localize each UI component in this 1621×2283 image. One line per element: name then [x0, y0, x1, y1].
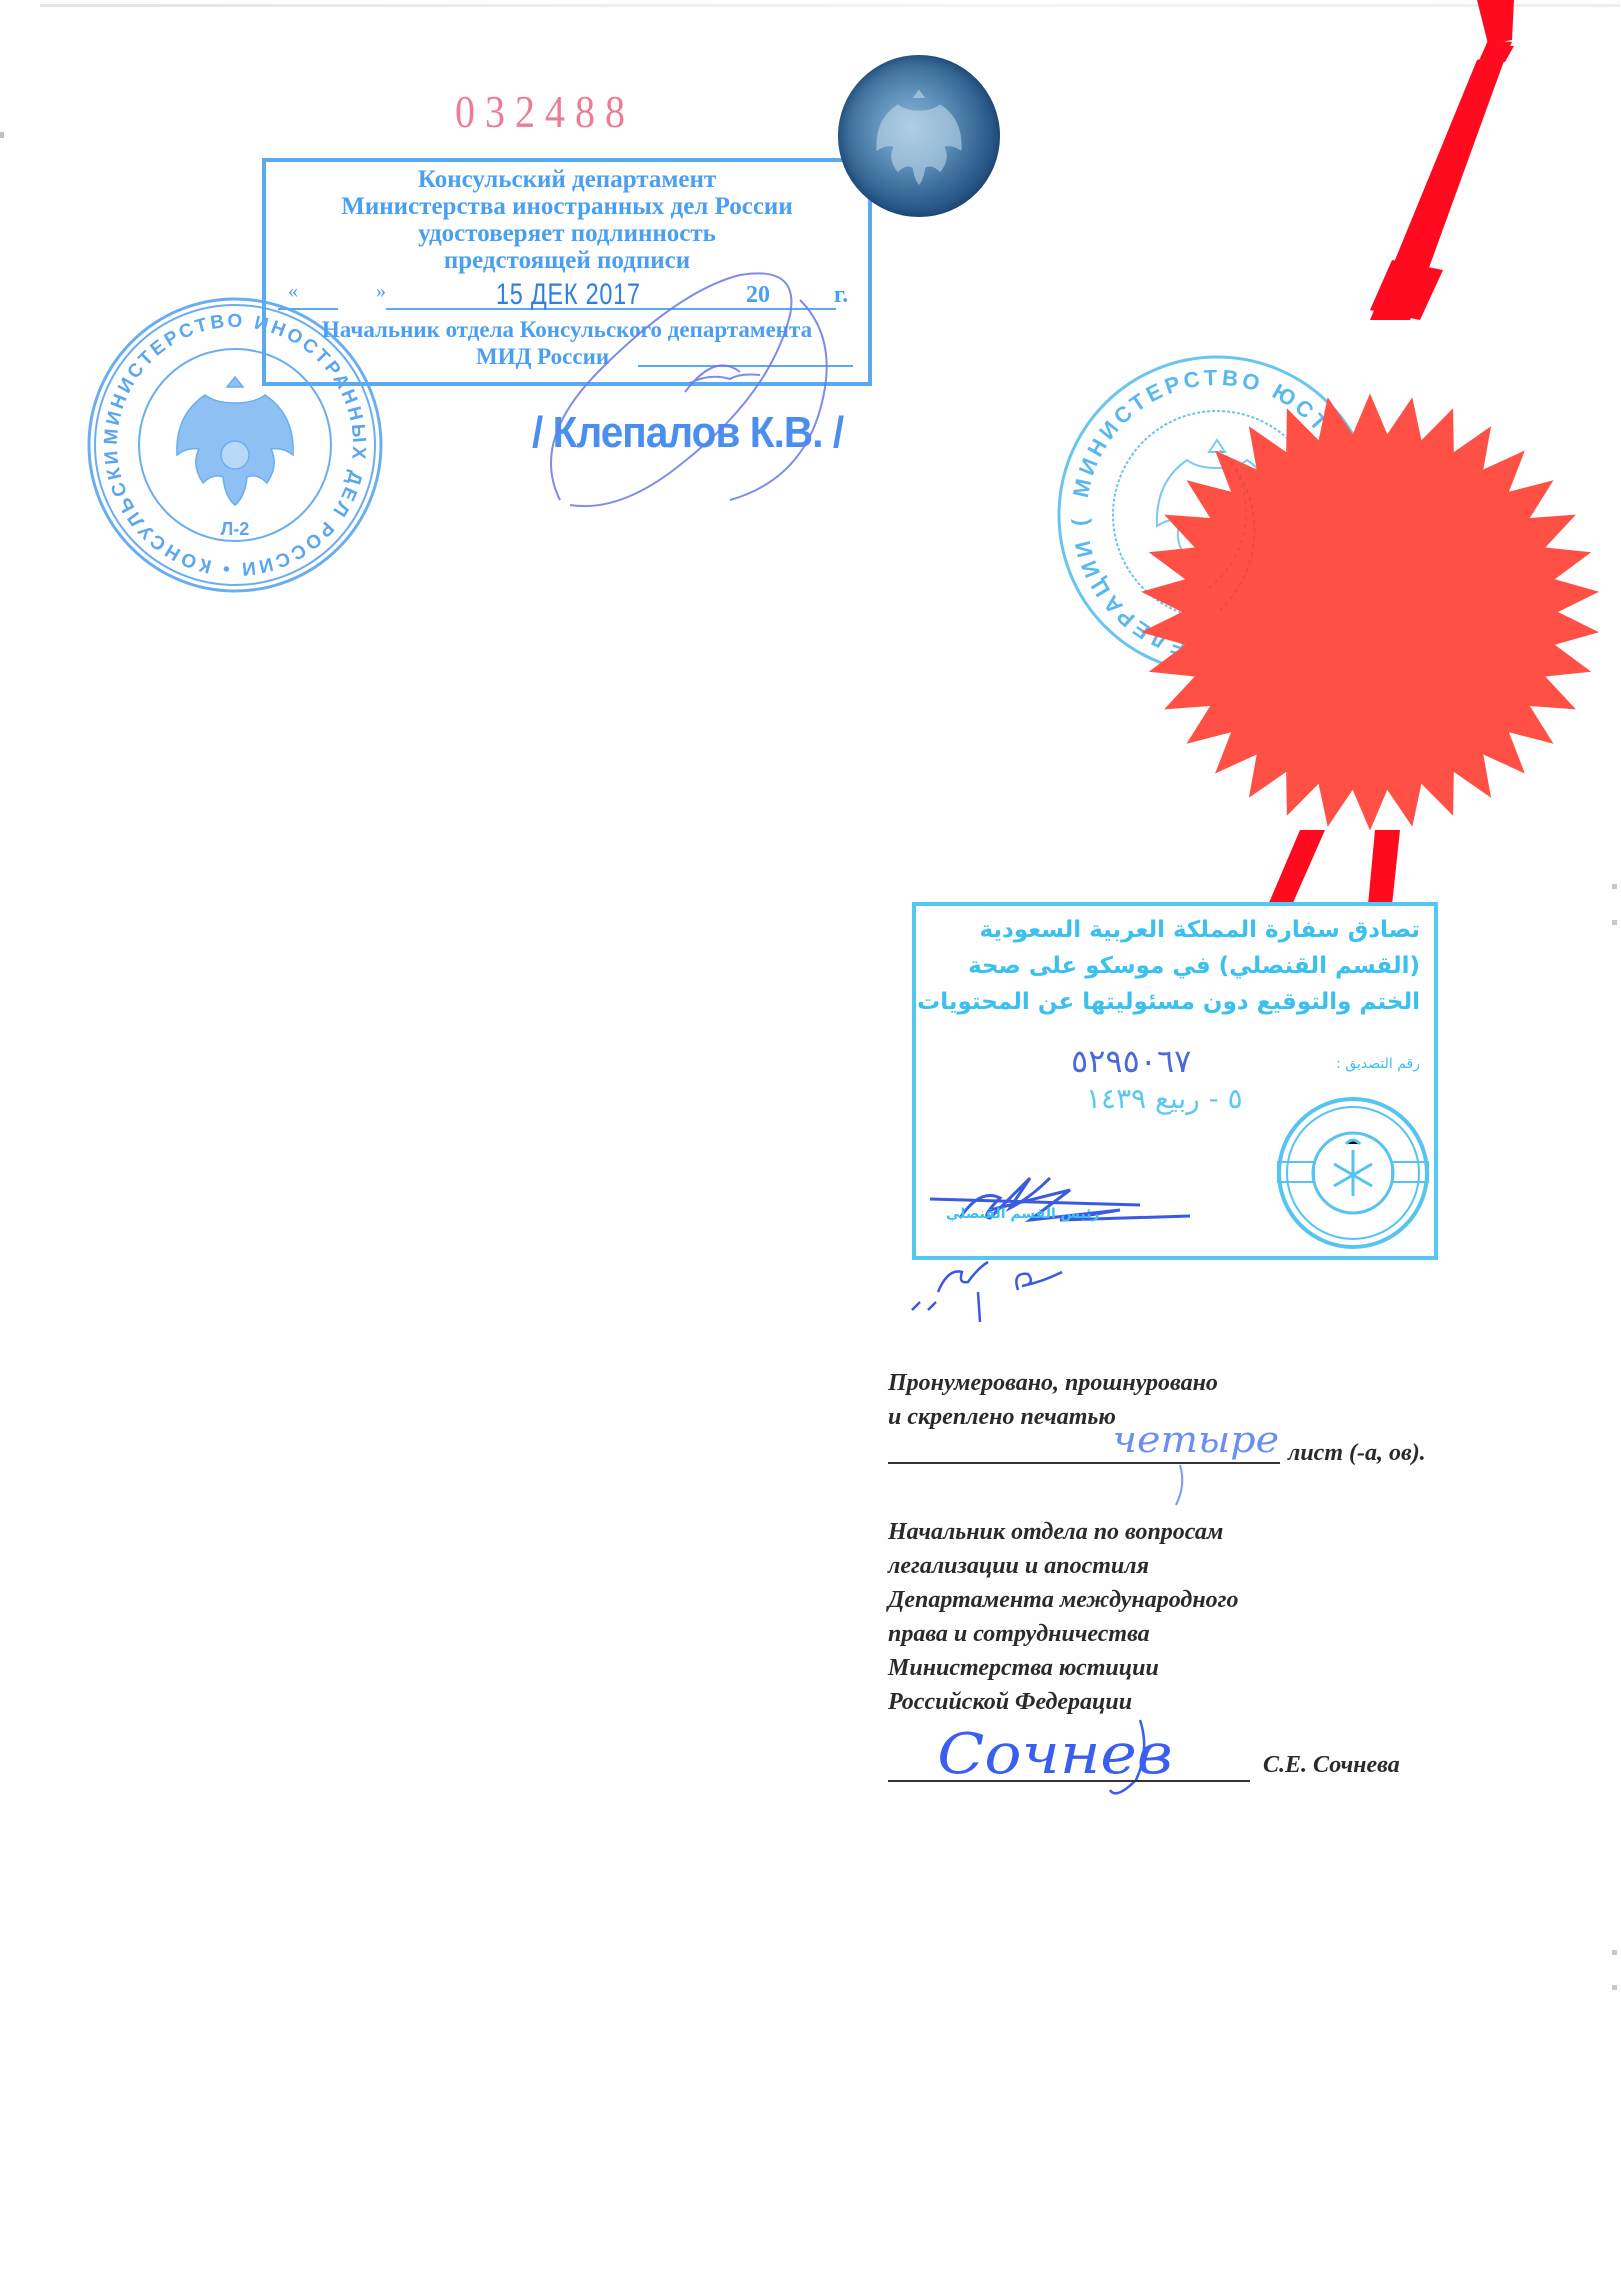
title-line: Департамента международного: [888, 1583, 1239, 1617]
sheet-count-row: четыре лист (-а, ов).: [888, 1430, 1488, 1470]
title-line: Российской Федерации: [888, 1685, 1239, 1719]
signature-handwritten: Сочнев: [937, 1722, 1172, 1787]
saudi-emblem-seal-icon: [1274, 1094, 1432, 1252]
handwritten-sheet-count-stroke: [1176, 1465, 1182, 1505]
consular-official-label: رئيس القسم القنصلي: [946, 1206, 1099, 1222]
signature-row: Сочнев С.Е. Сочнева: [888, 1728, 1488, 1788]
red-wax-seal: [1141, 394, 1599, 831]
handwritten-signature-klepalov: [551, 273, 827, 506]
document-page: 032488 МИНИСТЕРСТВО ИНОСТРАННЫХ ДЕЛ РОСС…: [0, 0, 1621, 2283]
certification-line: Пронумеровано, прошнуровано: [888, 1366, 1218, 1400]
reference-number: ٥٢٩٥٠٦٧: [1071, 1042, 1191, 1080]
saudi-embassy-stamp: تصادق سفارة المملكة العربية السعودية (ال…: [912, 902, 1438, 1260]
signatory-name: С.Е. Сочнева: [1263, 1752, 1400, 1779]
title-line: Министерства юстиции: [888, 1651, 1239, 1685]
reference-label: رقم التصديق :: [1336, 1056, 1420, 1072]
palm-and-swords-icon: [1334, 1140, 1372, 1196]
handwritten-date-note: [912, 1262, 1062, 1322]
hijri-date: ٥ - ربيع ١٤٣٩: [1086, 1082, 1243, 1115]
saudi-stamp-line: الختم والتوقيع دون مسئوليتها عن المحتويا…: [916, 984, 1434, 1020]
official-title: Начальник отдела по вопросам легализации…: [888, 1515, 1239, 1719]
sheet-count-handwritten: четыре: [1112, 1420, 1279, 1461]
sheet-count-suffix: лист (-а, ов).: [1288, 1440, 1426, 1467]
saudi-stamp-line: تصادق سفارة المملكة العربية السعودية: [916, 912, 1434, 948]
title-line: легализации и апостиля: [888, 1549, 1239, 1583]
saudi-stamp-line: (القسم القنصلي) في موسكو على صحة: [916, 948, 1434, 984]
title-line: права и сотрудничества: [888, 1617, 1239, 1651]
title-line: Начальник отдела по вопросам: [888, 1515, 1239, 1549]
